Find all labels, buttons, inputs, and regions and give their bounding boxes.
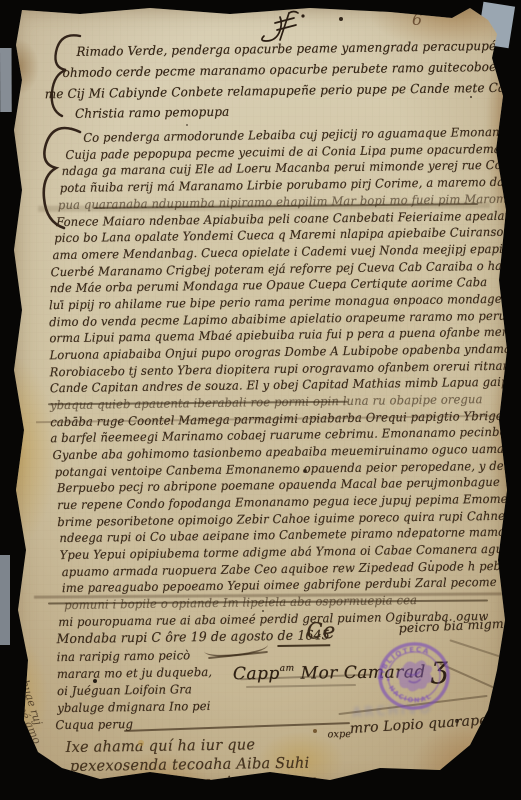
folio-number: 6	[412, 10, 422, 29]
postscript-line: Ixe ahama quí ha iur que	[66, 735, 256, 756]
ink-specks	[8, 4, 10, 6]
backing-board-edge	[0, 48, 12, 112]
manuscript-line: ohmodo cerde pecme maranamo opacurbe per…	[63, 57, 521, 80]
closing-line: ina raripig ramo peicò	[57, 648, 191, 664]
closing-line: Cuqua perug	[55, 717, 133, 732]
secondary-signature-abbrev: oxpe	[327, 729, 351, 740]
stamp-crest	[394, 658, 434, 693]
manuscript-page: 6 Rimado Verde, penderga opacurbe peame …	[8, 4, 513, 792]
secondary-signature: mro Lopio quarapea	[349, 712, 496, 737]
date-flourish: Ce	[306, 619, 335, 644]
manuscript-line: Christia ramo pemopupa	[75, 104, 230, 121]
archive-stamp: BIBLIOTECA NACIONAL	[374, 638, 454, 714]
cross-rubric-icon	[256, 8, 314, 48]
closing-line: ybaluge dmignara Ino pei	[57, 699, 210, 715]
closing-line: oi Juéguan Loifoin Gra	[57, 682, 192, 698]
backing-board-edge	[0, 555, 10, 645]
date-line: Mondaba rupi C ôre 19 de agosto de 1645	[56, 628, 329, 647]
postscript-line: hope aj co, pejo ro oiar Maerece	[72, 772, 318, 793]
manuscript-line: me Cij Mi Cabiynde Conbete relamapupeñe …	[45, 79, 521, 101]
closing-line: marara mo et ju duqueba,	[57, 665, 212, 681]
manuscript-scan: 6 Rimado Verde, penderga opacurbe peame …	[0, 0, 521, 800]
